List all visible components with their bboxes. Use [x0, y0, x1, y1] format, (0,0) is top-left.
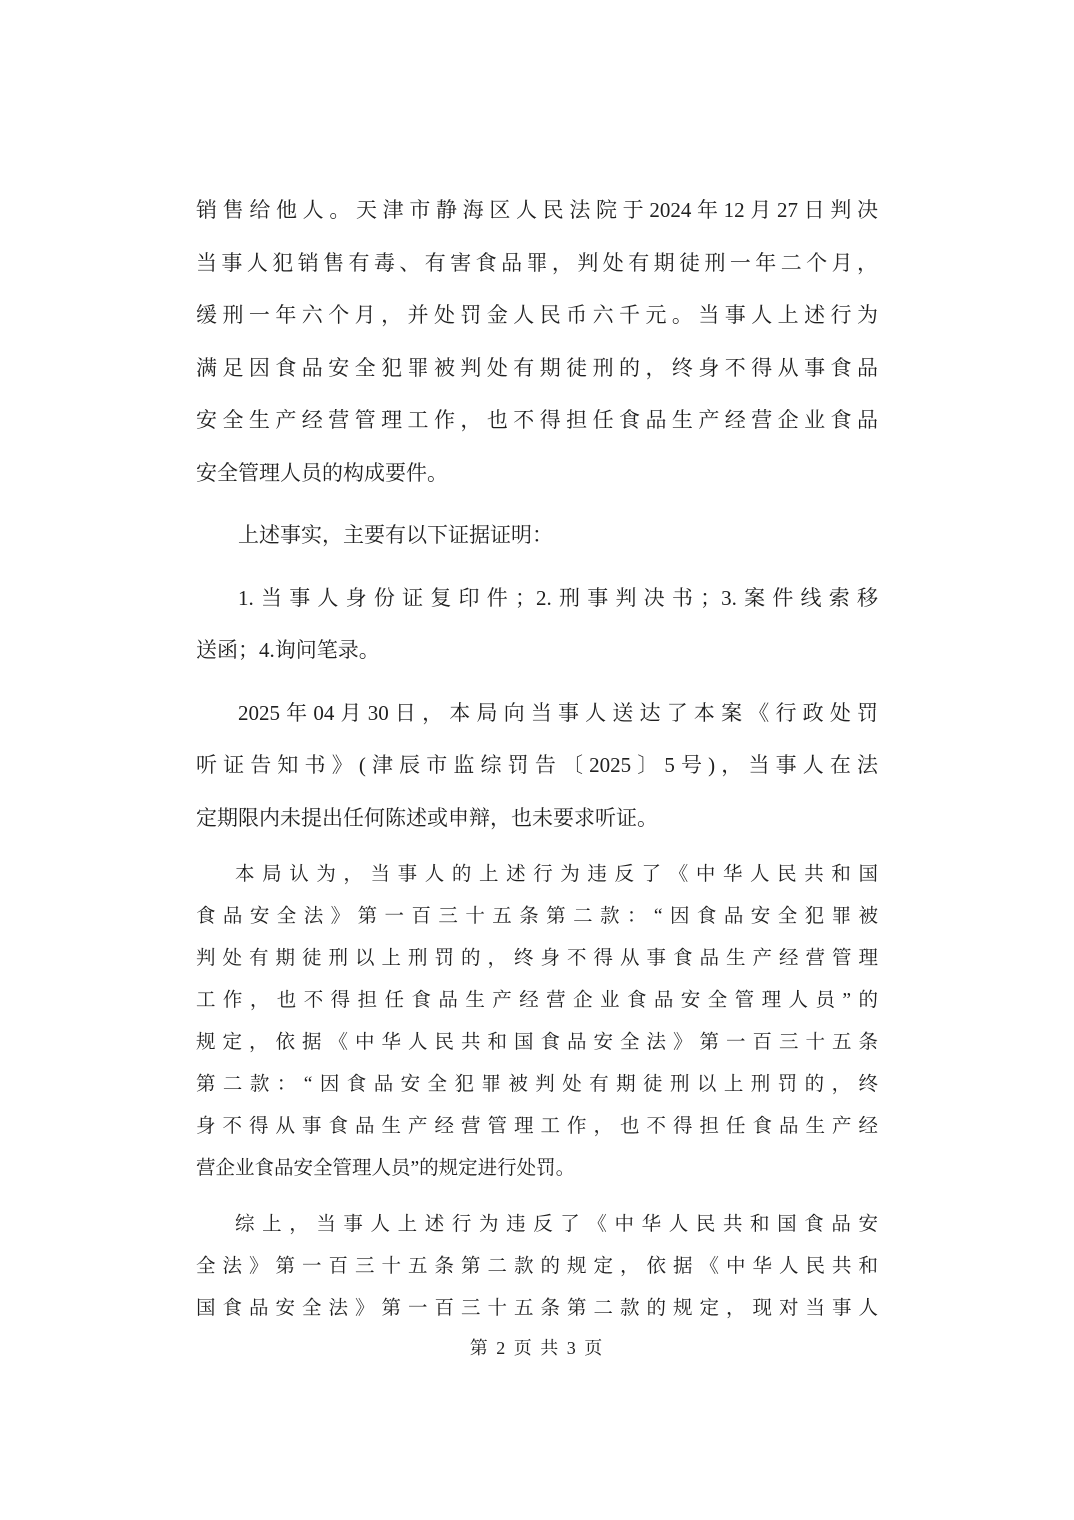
text-line: 2025年04月30日，本局向当事人送达了本案《行政处罚: [196, 687, 878, 740]
page-footer: 第 2 页 共 3 页: [0, 1334, 1074, 1362]
document-page: 销售给他人。天津市静海区人民法院于2024年12月27日判决当事人犯销售有毒、有…: [0, 0, 1074, 1520]
paragraph: 本局认为，当事人的上述行为违反了《中华人民共和国食品安全法》第一百三十五条第二款…: [196, 854, 878, 1190]
text-line: 工作，也不得担任食品生产经营企业食品安全管理人员”的: [196, 980, 878, 1022]
text-line: 满足因食品安全犯罪被判处有期徒刑的，终身不得从事食品: [196, 342, 878, 395]
paragraph: 2025年04月30日，本局向当事人送达了本案《行政处罚听证告知书》(津辰市监综…: [196, 687, 878, 845]
text-line: 听证告知书》(津辰市监综罚告〔2025〕5号)，当事人在法: [196, 739, 878, 792]
text-line: 安全管理人员的构成要件。: [196, 447, 878, 500]
text-line: 定期限内未提出任何陈述或申辩，也未要求听证。: [196, 792, 878, 845]
text-line: 销售给他人。天津市静海区人民法院于2024年12月27日判决: [196, 184, 878, 237]
text-line: 身不得从事食品生产经营管理工作，也不得担任食品生产经: [196, 1106, 878, 1148]
text-line: 规定，依据《中华人民共和国食品安全法》第一百三十五条: [196, 1022, 878, 1064]
text-line: 缓刑一年六个月，并处罚金人民币六千元。当事人上述行为: [196, 289, 878, 342]
text-line: 综上，当事人上述行为违反了《中华人民共和国食品安: [196, 1204, 878, 1246]
text-line: 第二款：“因食品安全犯罪被判处有期徒刑以上刑罚的，终: [196, 1064, 878, 1106]
text-line: 安全生产经营管理工作，也不得担任食品生产经营企业食品: [196, 394, 878, 447]
paragraph: 1.当事人身份证复印件；2.刑事判决书；3.案件线索移送函；4.询问笔录。: [196, 572, 878, 677]
text-line: 判处有期徒刑以上刑罚的，终身不得从事食品生产经营管理: [196, 938, 878, 980]
paragraph: 销售给他人。天津市静海区人民法院于2024年12月27日判决当事人犯销售有毒、有…: [196, 184, 878, 499]
text-line: 上述事实，主要有以下证据证明：: [196, 509, 878, 562]
document-body: 销售给他人。天津市静海区人民法院于2024年12月27日判决当事人犯销售有毒、有…: [196, 184, 878, 1330]
paragraph: 综上，当事人上述行为违反了《中华人民共和国食品安全法》第一百三十五条第二款的规定…: [196, 1204, 878, 1330]
paragraph: 上述事实，主要有以下证据证明：: [196, 509, 878, 562]
text-line: 国食品安全法》第一百三十五条第二款的规定，现对当事人: [196, 1288, 878, 1330]
text-line: 营企业食品安全管理人员”的规定进行处罚。: [196, 1148, 878, 1190]
text-line: 1.当事人身份证复印件；2.刑事判决书；3.案件线索移: [196, 572, 878, 625]
text-line: 送函；4.询问笔录。: [196, 624, 878, 677]
text-line: 本局认为，当事人的上述行为违反了《中华人民共和国: [196, 854, 878, 896]
text-line: 当事人犯销售有毒、有害食品罪，判处有期徒刑一年二个月，: [196, 237, 878, 290]
text-line: 食品安全法》第一百三十五条第二款：“因食品安全犯罪被: [196, 896, 878, 938]
text-line: 全法》第一百三十五条第二款的规定，依据《中华人民共和: [196, 1246, 878, 1288]
